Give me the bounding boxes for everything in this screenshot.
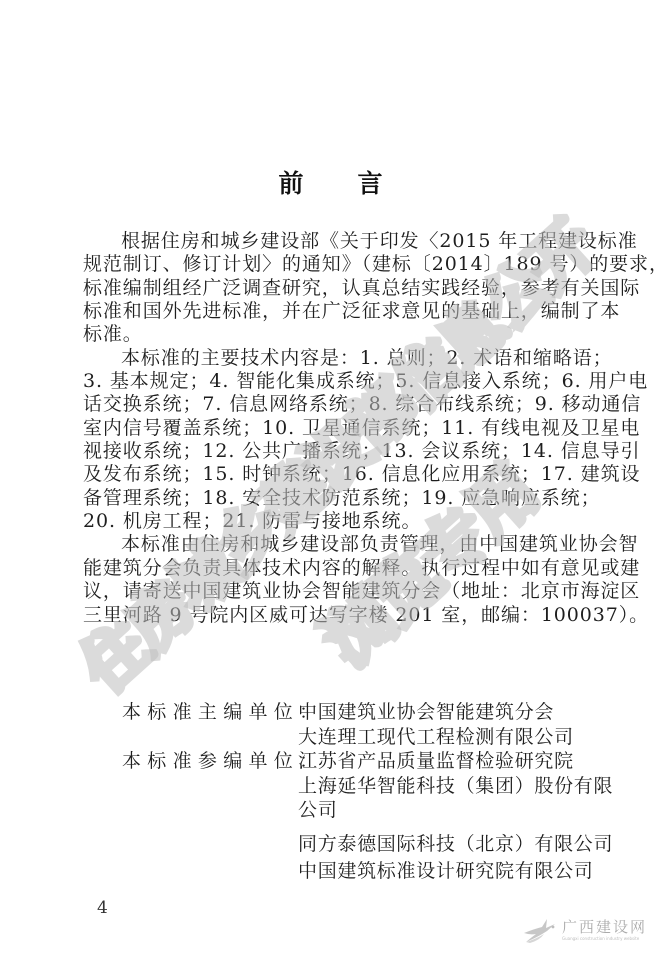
paragraph-management: 本标准由住房和城乡建设部负责管理，由中国建筑业协会智 能建筑分会负责具体技术内容… xyxy=(83,533,573,626)
title-char-2: 言 xyxy=(358,164,383,200)
text-line: 备管理系统；18. 安全技术防范系统；19. 应急响应系统； xyxy=(83,487,573,510)
page-number: 4 xyxy=(97,898,108,918)
participating-units: 本标准参编单位： 江苏省产品质量监督检验研究院 上海延华智能科技（集团）股份有限… xyxy=(122,749,582,884)
participating-units-list: 江苏省产品质量监督检验研究院 上海延华智能科技（集团）股份有限 公司 同方泰德国… xyxy=(298,749,574,884)
text-line: 能建筑分会负责具体技术内容的解释。执行过程中如有意见或建 xyxy=(83,557,573,580)
title-char-1: 前 xyxy=(278,164,303,200)
text-line: 室内信号覆盖系统；10. 卫星通信系统；11. 有线电视及卫星电 xyxy=(83,417,573,440)
text-line: 标准和国外先进标准，并在广泛征求意见的基础上，编制了本 xyxy=(83,300,573,323)
paragraph-contents: 本标准的主要技术内容是：1. 总则；2. 术语和缩略语； 3. 基本规定；4. … xyxy=(83,347,573,534)
unit-name-continued: 公司 xyxy=(298,798,574,823)
logo-text: 广西建设网 Guangxi construction industry webs… xyxy=(562,919,647,942)
unit-name: 大连理工现代工程检测有限公司 xyxy=(298,725,574,750)
chief-units-list: 中国建筑业协会智能建筑分会 大连理工现代工程检测有限公司 xyxy=(298,700,574,749)
site-logo: 广西建设网 Guangxi construction industry webs… xyxy=(520,912,658,948)
text-line: 20. 机房工程；21. 防雷与接地系统。 xyxy=(83,510,573,533)
text-line: 标准。 xyxy=(83,323,573,346)
star-swoosh-icon xyxy=(520,915,558,945)
page-title: 前言 xyxy=(0,164,661,200)
text-line: 根据住房和城乡建设部《关于印发〈2015 年工程建设标准 xyxy=(83,230,573,253)
unit-name: 中国建筑标准设计研究院有限公司 xyxy=(298,859,574,884)
text-line: 标准编制组经广泛调查研究，认真总结实践经验，参考有关国际 xyxy=(83,277,573,300)
paragraph-background: 根据住房和城乡建设部《关于印发〈2015 年工程建设标准 规范制订、修订计划〉的… xyxy=(83,230,573,347)
unit-name: 上海延华智能科技（集团）股份有限 xyxy=(298,774,574,799)
text-line: 三里河路 9 号院内区威可达写字楼 201 室，邮编：100037）。 xyxy=(83,604,573,627)
text-line: 规范制订、修订计划〉的通知》（建标〔2014〕189 号）的要求， xyxy=(83,253,573,276)
chief-editing-units: 本标准主编单位： 中国建筑业协会智能建筑分会 大连理工现代工程检测有限公司 xyxy=(122,700,582,749)
logo-subtitle: Guangxi construction industry website xyxy=(562,936,647,942)
document-page: 前言 根据住房和城乡建设部《关于印发〈2015 年工程建设标准 规范制订、修订计… xyxy=(0,0,661,958)
editing-units: 本标准主编单位： 中国建筑业协会智能建筑分会 大连理工现代工程检测有限公司 本标… xyxy=(122,700,582,884)
text-line: 本标准的主要技术内容是：1. 总则；2. 术语和缩略语； xyxy=(83,347,573,370)
text-line: 及发布系统；15. 时钟系统；16. 信息化应用系统；17. 建筑设 xyxy=(83,463,573,486)
text-line: 本标准由住房和城乡建设部负责管理，由中国建筑业协会智 xyxy=(83,533,573,556)
text-line: 3. 基本规定；4. 智能化集成系统；5. 信息接入系统；6. 用户电 xyxy=(83,370,573,393)
text-line: 话交换系统；7. 信息网络系统；8. 综合布线系统；9. 移动通信 xyxy=(83,393,573,416)
unit-name: 同方泰德国际科技（北京）有限公司 xyxy=(298,832,574,857)
preface-body: 根据住房和城乡建设部《关于印发〈2015 年工程建设标准 规范制订、修订计划〉的… xyxy=(83,230,573,627)
chief-units-label: 本标准主编单位： xyxy=(122,700,298,749)
unit-name: 中国建筑业协会智能建筑分会 xyxy=(298,700,574,725)
text-line: 视接收系统；12. 公共广播系统；13. 会议系统；14. 信息导引 xyxy=(83,440,573,463)
participating-units-label: 本标准参编单位： xyxy=(122,749,298,884)
text-line: 议，请寄送中国建筑业协会智能建筑分会（地址：北京市海淀区 xyxy=(83,580,573,603)
logo-title: 广西建设网 xyxy=(562,919,647,936)
unit-name: 江苏省产品质量监督检验研究院 xyxy=(298,749,574,774)
